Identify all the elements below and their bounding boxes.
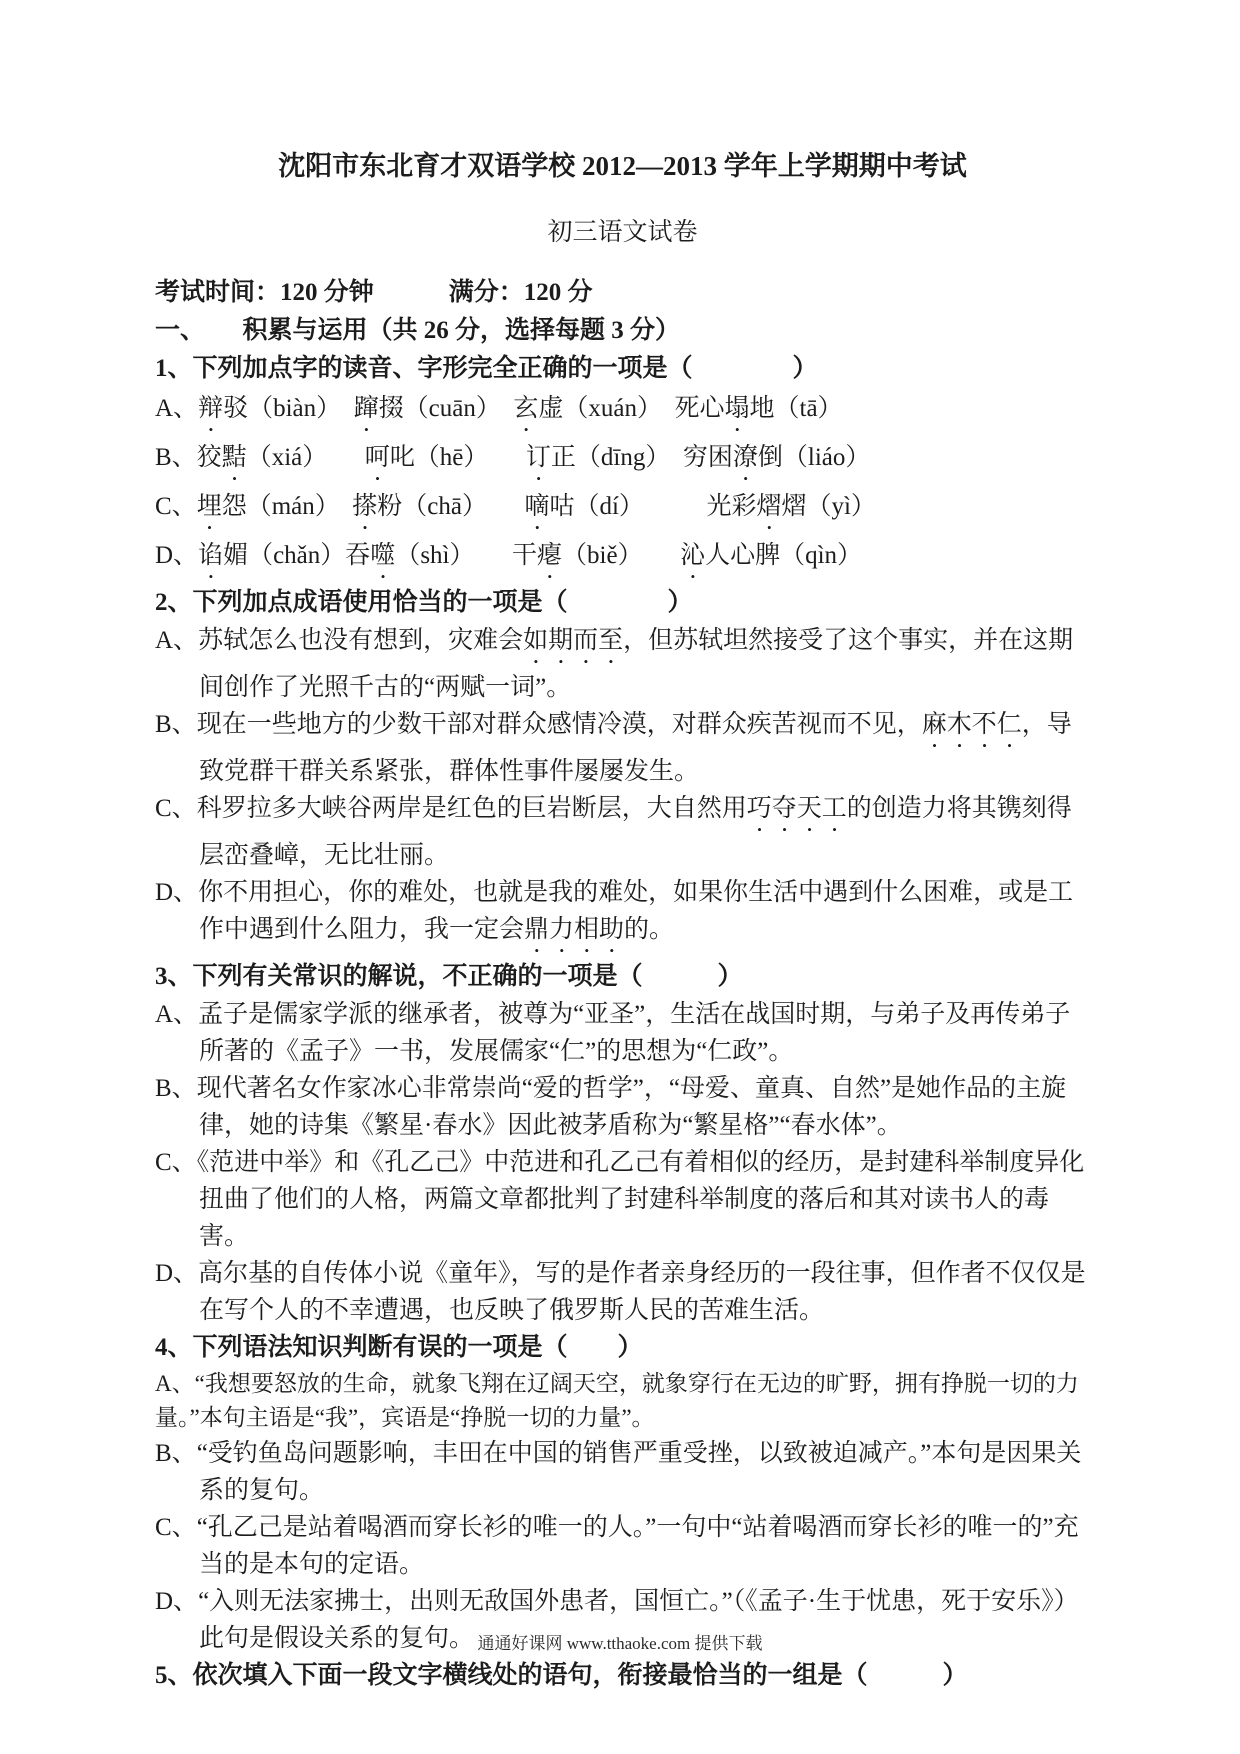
option-text: 埋怨（mán） 搽粉（chā） 嘀咕（dí） 光彩熠熠（yì） bbox=[197, 493, 876, 520]
option-text: “我想要怒放的生命，就象飞翔在辽阔天空，就象穿行在无边的旷野，拥有挣脱一切的力量… bbox=[155, 1371, 1079, 1430]
question-5: 5、依次填入下面一段文字横线处的语句，衔接最恰当的一组是（ ） bbox=[155, 1657, 1090, 1695]
section-heading: 一、 积累与运用（共 26 分，选择每题 3 分） bbox=[155, 312, 1090, 350]
option-text: 你不用担心，你的难处，也就是我的难处，如果你生活中遇到什么困难，或是工作中遇到什… bbox=[198, 879, 1073, 943]
option-label: C、 bbox=[155, 1149, 197, 1176]
question-3-stem: 3、下列有关常识的解说，不正确的一项是（ ） bbox=[155, 958, 1090, 996]
question-1: 1、下列加点字的读音、字形完全正确的一项是（ ） A、辩驳（biàn） 蹿掇（c… bbox=[155, 350, 1090, 584]
question-1-option-d: D、谄媚（chǎn）吞噬（shì） 干瘪（biě） 沁人心脾（qìn） bbox=[155, 535, 1090, 584]
option-label: C、 bbox=[155, 795, 197, 822]
question-1-option-a: A、辩驳（biàn） 蹿掇（cuān） 玄虚（xuán） 死心塌地（tā） bbox=[155, 388, 1090, 437]
option-text: 高尔基的自传体小说《童年》，写的是作者亲身经历的一段往事，但作者不仅仅是在写个人… bbox=[198, 1260, 1086, 1324]
question-2-option-c: C、科罗拉多大峡谷两岸是红色的巨岩断层，大自然用巧夺天工的创造力将其镌刻得层峦叠… bbox=[155, 790, 1090, 874]
question-2: 2、下列加点成语使用恰当的一项是（ ） A、苏轼怎么也没有想到，灾难会如期而至，… bbox=[155, 584, 1090, 958]
question-4: 4、下列语法知识判断有误的一项是（ ） A、“我想要怒放的生命，就象飞翔在辽阔天… bbox=[155, 1329, 1090, 1657]
footer-download-note: 通通好课网 www.tthaoke.com 提供下载 bbox=[0, 1629, 1240, 1654]
option-text: 狡黠（xiá） 呵叱（hē） 订正（dīng） 穷困潦倒（liáo） bbox=[197, 444, 871, 471]
question-2-stem: 2、下列加点成语使用恰当的一项是（ ） bbox=[155, 584, 1090, 622]
question-3-option-b: B、现代著名女作家冰心非常崇尚“爱的哲学”，“母爱、童真、自然”是她作品的主旋律… bbox=[155, 1070, 1090, 1144]
question-2-option-d: D、你不用担心，你的难处，也就是我的难处，如果你生活中遇到什么困难，或是工作中遇… bbox=[155, 874, 1090, 958]
question-1-option-b: B、狡黠（xiá） 呵叱（hē） 订正（dīng） 穷困潦倒（liáo） bbox=[155, 437, 1090, 486]
exam-paper-page: 沈阳市东北育才双语学校 2012—2013 学年上学期期中考试 初三语文试卷 考… bbox=[0, 0, 1240, 1754]
question-2-option-a: A、苏轼怎么也没有想到，灾难会如期而至，但苏轼坦然接受了这个事实，并在这期间创作… bbox=[155, 622, 1090, 706]
question-4-option-c: C、“孔乙己是站着喝酒而穿长衫的唯一的人。”一句中“站着喝酒而穿长衫的唯一的”充… bbox=[155, 1509, 1090, 1583]
option-label: C、 bbox=[155, 1514, 197, 1541]
question-5-stem: 5、依次填入下面一段文字横线处的语句，衔接最恰当的一组是（ ） bbox=[155, 1657, 1090, 1695]
option-label: D、 bbox=[155, 1588, 198, 1615]
question-1-stem: 1、下列加点字的读音、字形完全正确的一项是（ ） bbox=[155, 350, 1090, 388]
option-label: B、 bbox=[155, 1075, 197, 1102]
option-label: A、 bbox=[155, 1371, 195, 1396]
question-3-option-d: D、高尔基的自传体小说《童年》，写的是作者亲身经历的一段往事，但作者不仅仅是在写… bbox=[155, 1255, 1090, 1329]
question-1-option-c: C、埋怨（mán） 搽粉（chā） 嘀咕（dí） 光彩熠熠（yì） bbox=[155, 486, 1090, 535]
question-4-stem: 4、下列语法知识判断有误的一项是（ ） bbox=[155, 1329, 1090, 1367]
option-text: 现在一些地方的少数干部对群众感情冷漠，对群众疾苦视而不见，麻木不仁，导致党群干群… bbox=[197, 711, 1072, 785]
option-text: “受钓鱼岛问题影响，丰田在中国的销售严重受挫，以致被迫减产。”本句是因果关系的复… bbox=[197, 1440, 1082, 1504]
option-label: B、 bbox=[155, 1440, 197, 1467]
option-text: 现代著名女作家冰心非常崇尚“爱的哲学”，“母爱、童真、自然”是她作品的主旋律，她… bbox=[197, 1075, 1066, 1139]
option-text: 孟子是儒家学派的继承者，被尊为“亚圣”，生活在战国时期，与弟子及再传弟子所著的《… bbox=[198, 1001, 1070, 1065]
option-label: B、 bbox=[155, 444, 197, 471]
question-2-option-b: B、现在一些地方的少数干部对群众感情冷漠，对群众疾苦视而不见，麻木不仁，导致党群… bbox=[155, 706, 1090, 790]
option-text: “孔乙己是站着喝酒而穿长衫的唯一的人。”一句中“站着喝酒而穿长衫的唯一的”充当的… bbox=[197, 1514, 1079, 1578]
option-label: C、 bbox=[155, 493, 197, 520]
question-4-option-a: A、“我想要怒放的生命，就象飞翔在辽阔天空，就象穿行在无边的旷野，拥有挣脱一切的… bbox=[155, 1367, 1090, 1435]
option-label: B、 bbox=[155, 711, 197, 738]
option-text: 谄媚（chǎn）吞噬（shì） 干瘪（biě） 沁人心脾（qìn） bbox=[198, 542, 862, 569]
question-3: 3、下列有关常识的解说，不正确的一项是（ ） A、孟子是儒家学派的继承者，被尊为… bbox=[155, 958, 1090, 1329]
option-label: A、 bbox=[155, 627, 198, 654]
question-3-option-c: C、《范进中举》和《孔乙己》中范进和孔乙己有着相似的经历，是封建科举制度异化扭曲… bbox=[155, 1144, 1090, 1255]
page-subtitle: 初三语文试卷 bbox=[155, 216, 1090, 250]
exam-info: 考试时间：120 分钟 满分：120 分 bbox=[155, 274, 1090, 312]
question-4-option-b: B、“受钓鱼岛问题影响，丰田在中国的销售严重受挫，以致被迫减产。”本句是因果关系… bbox=[155, 1435, 1090, 1509]
option-text: 苏轼怎么也没有想到，灾难会如期而至，但苏轼坦然接受了这个事实，并在这期间创作了光… bbox=[198, 627, 1073, 701]
option-text: 辩驳（biàn） 蹿掇（cuān） 玄虚（xuán） 死心塌地（tā） bbox=[198, 395, 842, 422]
question-3-option-a: A、孟子是儒家学派的继承者，被尊为“亚圣”，生活在战国时期，与弟子及再传弟子所著… bbox=[155, 996, 1090, 1070]
option-label: D、 bbox=[155, 542, 198, 569]
page-title: 沈阳市东北育才双语学校 2012—2013 学年上学期期中考试 bbox=[155, 148, 1090, 184]
option-label: A、 bbox=[155, 395, 198, 422]
option-text: 《范进中举》和《孔乙己》中范进和孔乙己有着相似的经历，是封建科举制度异化扭曲了他… bbox=[197, 1149, 1085, 1250]
option-label: D、 bbox=[155, 1260, 198, 1287]
option-text: 科罗拉多大峡谷两岸是红色的巨岩断层，大自然用巧夺天工的创造力将其镌刻得层峦叠嶂，… bbox=[197, 795, 1072, 869]
option-label: A、 bbox=[155, 1001, 198, 1028]
option-label: D、 bbox=[155, 879, 198, 906]
